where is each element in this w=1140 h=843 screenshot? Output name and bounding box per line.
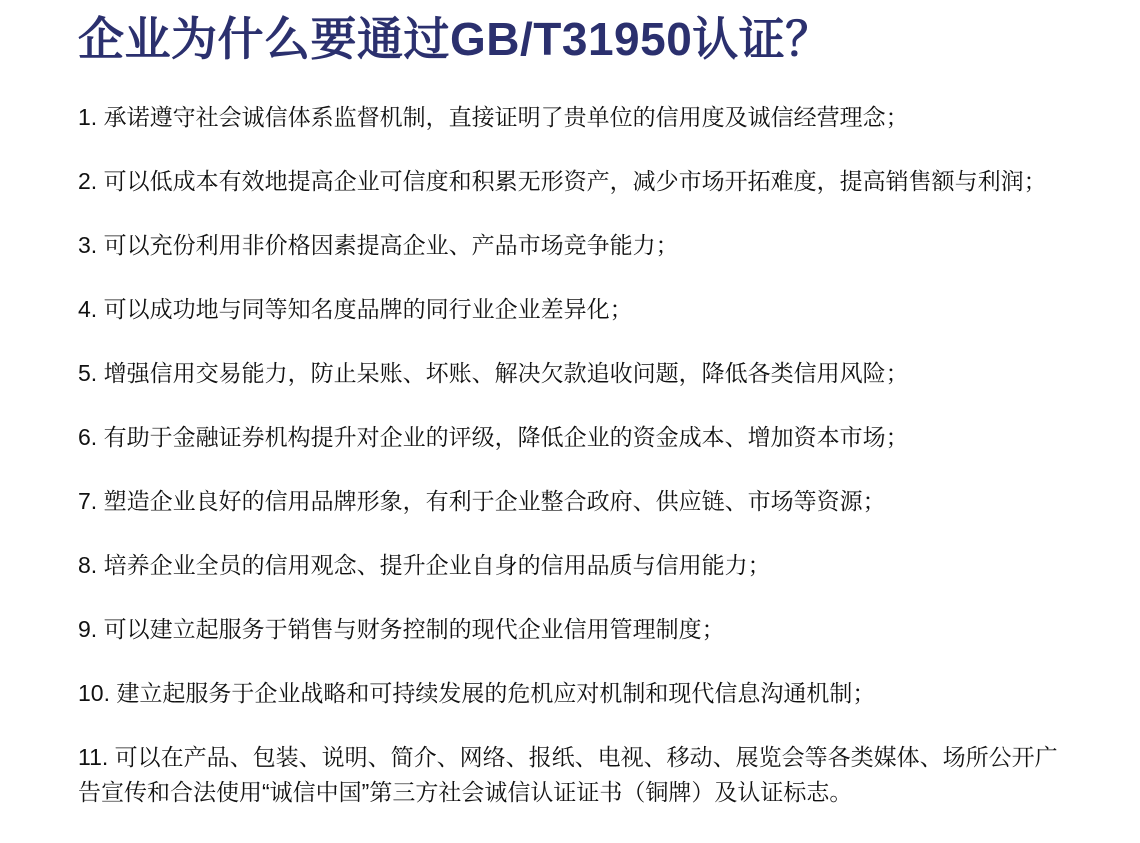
list-item-4: 4. 可以成功地与同等知名度品牌的同行业企业差异化； [78,292,1078,327]
page-title: 企业为什么要通过GB/T31950认证？ [78,12,1088,66]
list-item-8: 8. 培养企业全员的信用观念、提升企业自身的信用品质与信用能力； [78,548,1078,583]
list-item-9: 9. 可以建立起服务于销售与财务控制的现代企业信用管理制度； [78,612,1078,647]
list-item-3: 3. 可以充份利用非价格因素提高企业、产品市场竞争能力； [78,228,1078,263]
list-item-11: 11. 可以在产品、包装、说明、简介、网络、报纸、电视、移动、展览会等各类媒体、… [78,740,1078,810]
benefits-list: 1. 承诺遵守社会诚信体系监督机制，直接证明了贵单位的信用度及诚信经营理念； 2… [78,100,1078,810]
article-page: 企业为什么要通过GB/T31950认证？ 1. 承诺遵守社会诚信体系监督机制，直… [0,0,1140,843]
list-item-5: 5. 增强信用交易能力，防止呆账、坏账、解决欠款追收问题，降低各类信用风险； [78,356,1078,391]
list-item-6: 6. 有助于金融证券机构提升对企业的评级，降低企业的资金成本、增加资本市场； [78,420,1078,455]
list-item-10: 10. 建立起服务于企业战略和可持续发展的危机应对机制和现代信息沟通机制； [78,676,1078,711]
list-item-2: 2. 可以低成本有效地提高企业可信度和积累无形资产，减少市场开拓难度，提高销售额… [78,164,1078,199]
list-item-7: 7. 塑造企业良好的信用品牌形象，有利于企业整合政府、供应链、市场等资源； [78,484,1078,519]
list-item-1: 1. 承诺遵守社会诚信体系监督机制，直接证明了贵单位的信用度及诚信经营理念； [78,100,1078,135]
